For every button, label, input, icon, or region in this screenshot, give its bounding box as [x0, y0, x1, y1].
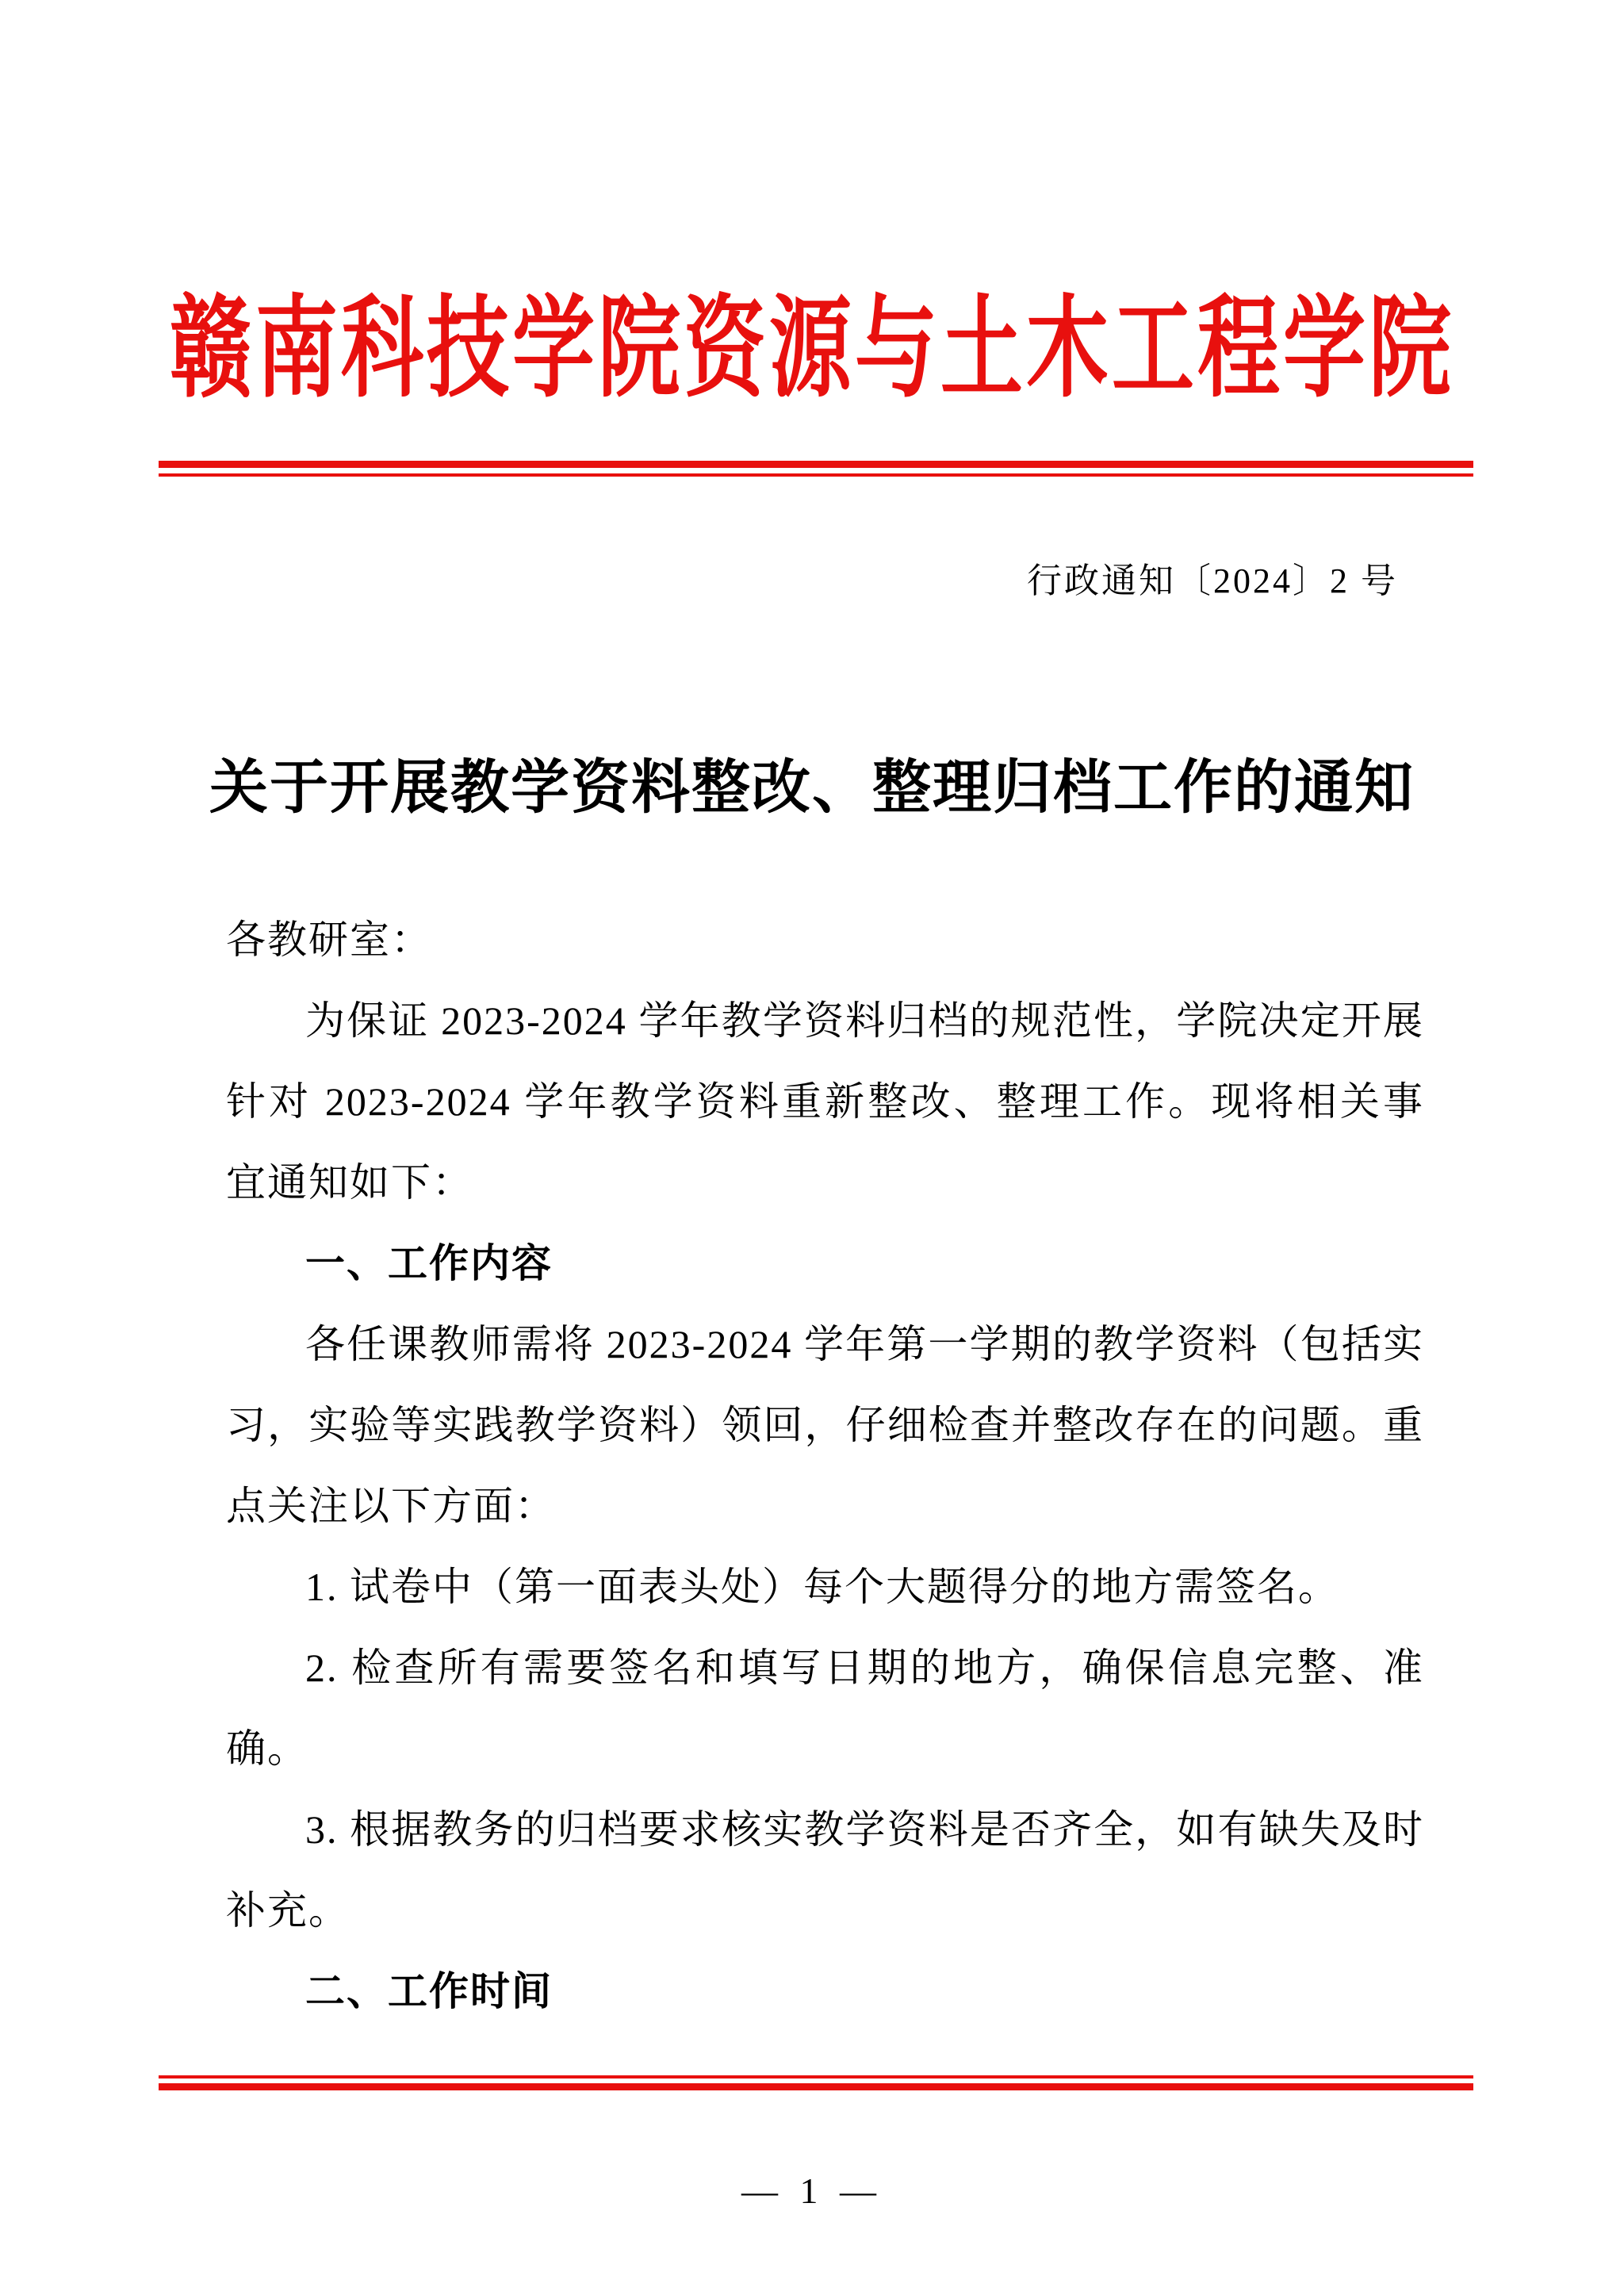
- salutation-line: 各教研室：: [226, 899, 1424, 980]
- intro-paragraph: 为保证 2023-2024 学年教学资料归档的规范性，学院决定开展针对 2023…: [226, 980, 1424, 1223]
- list-item-1: 1. 试卷中（第一面表头处）每个大题得分的地方需签名。: [226, 1546, 1424, 1627]
- bottom-rule-thin-line: [159, 2075, 1473, 2079]
- top-rule-thin-line: [159, 473, 1473, 477]
- notice-title: 关于开展教学资料整改、整理归档工作的通知: [0, 755, 1624, 822]
- notice-body: 各教研室： 为保证 2023-2024 学年教学资料归档的规范性，学院决定开展针…: [226, 899, 1424, 2032]
- document-page: 赣南科技学院资源与土木工程学院 行政通知〔2024〕2 号 关于开展教学资料整改…: [0, 0, 1624, 2295]
- section-heading-1: 一、工作内容: [226, 1223, 1424, 1304]
- list-item-2: 2. 检查所有需要签名和填写日期的地方，确保信息完整、准确。: [226, 1627, 1424, 1789]
- top-double-rule: [159, 461, 1473, 477]
- work-content-paragraph: 各任课教师需将 2023-2024 学年第一学期的教学资料（包括实习，实验等实践…: [226, 1304, 1424, 1546]
- top-rule-thick-line: [159, 461, 1473, 468]
- doc-reference-number: 行政通知〔2024〕2 号: [1027, 552, 1398, 603]
- list-item-3: 3. 根据教务的归档要求核实教学资料是否齐全，如有缺失及时补充。: [226, 1789, 1424, 1951]
- bottom-double-rule: [159, 2075, 1473, 2090]
- page-number: — 1 —: [0, 2170, 1624, 2212]
- letterhead: 赣南科技学院资源与土木工程学院: [0, 295, 1624, 377]
- letterhead-org-title: 赣南科技学院资源与土木工程学院: [170, 295, 1454, 405]
- bottom-rule-thick-line: [159, 2083, 1473, 2090]
- section-heading-2: 二、工作时间: [226, 1951, 1424, 2032]
